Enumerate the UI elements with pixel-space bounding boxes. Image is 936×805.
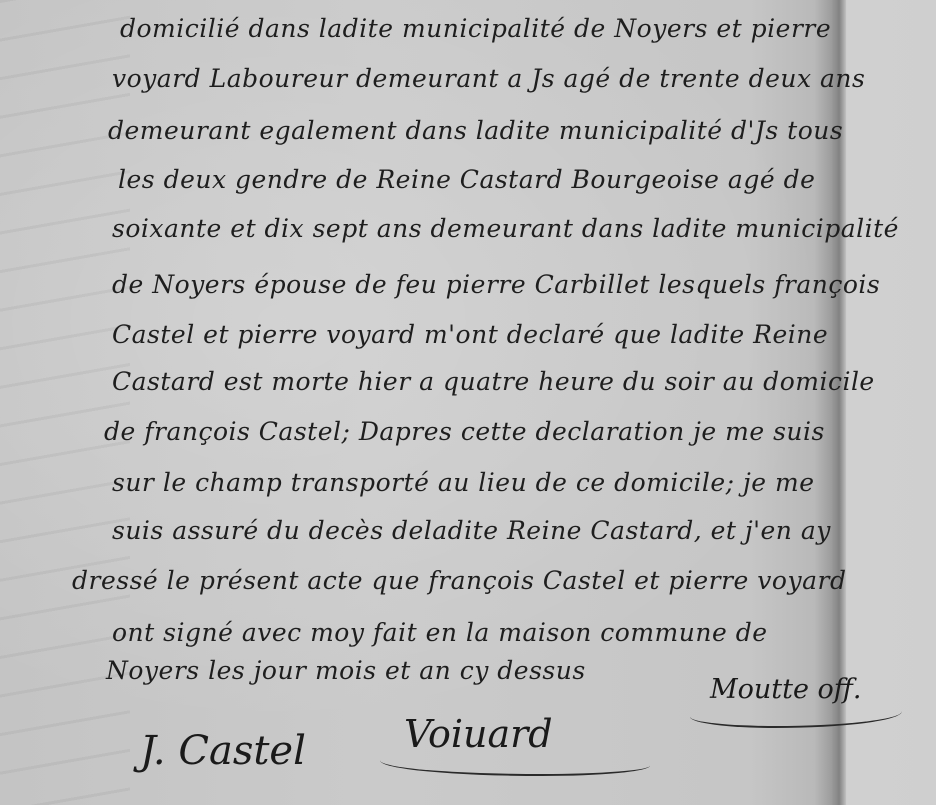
text-line-1: domicilié dans ladite municipalité de No… bbox=[120, 14, 831, 43]
text-line-5: soixante et dix sept ans demeurant dans … bbox=[112, 214, 899, 243]
signature-witness-1: J. Castel bbox=[140, 728, 306, 774]
text-line-14: Noyers les jour mois et an cy dessus bbox=[106, 656, 586, 685]
text-line-4: les deux gendre de Reine Castard Bourgeo… bbox=[118, 165, 815, 194]
text-line-10: sur le champ transporté au lieu de ce do… bbox=[112, 468, 815, 497]
text-line-12: dressé le présent acte que françois Cast… bbox=[72, 566, 846, 595]
text-line-7: Castel et pierre voyard m'ont declaré qu… bbox=[112, 320, 828, 349]
text-line-11: suis assuré du decès deladite Reine Cast… bbox=[112, 516, 831, 545]
scanned-register-page: domicilié dans ladite municipalité de No… bbox=[0, 0, 936, 805]
text-line-9: de françois Castel; Dapres cette declara… bbox=[104, 417, 825, 446]
signature-flourish bbox=[690, 700, 902, 728]
text-line-6: de Noyers épouse de feu pierre Carbillet… bbox=[112, 270, 880, 299]
text-line-2: voyard Laboureur demeurant a Js agé de t… bbox=[112, 64, 865, 93]
text-line-8: Castard est morte hier a quatre heure du… bbox=[112, 367, 875, 396]
signature-flourish-2 bbox=[380, 750, 650, 776]
text-line-13: ont signé avec moy fait en la maison com… bbox=[112, 618, 768, 647]
text-line-3: demeurant egalement dans ladite municipa… bbox=[108, 116, 843, 145]
